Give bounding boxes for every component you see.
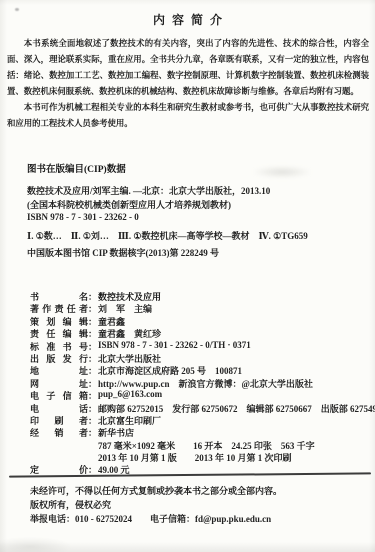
copyright-notice: 未经许可，不得以任何方式复制或抄袭本书之部分或全部内容。 版权所有，侵权必究 举… xyxy=(30,484,360,526)
row-label: 印刷者 xyxy=(30,414,88,427)
intro-title: 内容简介 xyxy=(0,11,375,28)
row-label: 策划编辑 xyxy=(30,315,88,328)
row-label: 电话 xyxy=(30,402,88,415)
row-colon: ： xyxy=(88,352,98,365)
row-value: 北京市海淀区成府路 205 号 100871 xyxy=(98,364,370,377)
cip-record-line: 中国版本图书馆 CIP 数据核字(2013)第 228249 号 xyxy=(27,246,219,259)
row-value: ISBN 978 - 7 - 301 - 23262 - 0/TH · 0371 xyxy=(98,340,370,350)
cip-classification-line: Ⅰ. ①数… Ⅱ. ①刘… Ⅲ. ①数控机床—高等学校—教材 Ⅳ. ①TG659 xyxy=(27,229,308,242)
row-value: 新华书店 xyxy=(98,426,370,439)
row-label: 电子信箱 xyxy=(30,389,88,402)
colophon-row-responsible-editor: 责任编辑：童君鑫 黄红珍 xyxy=(30,327,370,339)
colophon-row-printer: 印刷者：北京富生印刷厂 xyxy=(30,414,370,426)
row-value: 北京大学出版社 xyxy=(98,352,370,365)
row-value: 童君鑫 xyxy=(98,315,370,328)
colophon-row-book-title: 书名：数控技术及应用 xyxy=(30,290,370,302)
colophon-row-author: 著作责任者：刘 军 主编 xyxy=(30,302,370,314)
intro-paragraph-1: 本书系统全面地叙述了数控技术的有关内容，突出了内容的先进性、技术的综合性，内容全… xyxy=(7,36,369,100)
scan-smudge xyxy=(252,166,312,178)
colophon-row-phone: 电话：邮购部 62752015 发行部 62750672 编辑部 6275066… xyxy=(30,402,370,414)
colophon-row-address: 地址：北京市海淀区成府路 205 号 100871 xyxy=(30,364,370,376)
row-colon: ： xyxy=(88,364,98,377)
intro-body: 本书系统全面地叙述了数控技术的有关内容，突出了内容的先进性、技术的综合性，内容全… xyxy=(7,36,369,132)
row-label: 网址 xyxy=(30,377,88,390)
row-colon: ： xyxy=(88,340,98,353)
cip-heading: 图书在版编目(CIP)数据 xyxy=(27,161,126,175)
row-value: 刘 军 主编 xyxy=(98,302,370,315)
row-colon: ： xyxy=(88,389,98,402)
cip-series-line: (全国本科院校机械类创新型应用人才培养规划教材) xyxy=(27,198,231,211)
colophon-row-planning-editor: 策划编辑：童君鑫 xyxy=(30,315,370,327)
row-colon: ： xyxy=(88,327,98,340)
row-colon: ： xyxy=(88,402,98,415)
row-colon: ： xyxy=(88,302,98,315)
copyright-notice-line-2: 版权所有，侵权必究 xyxy=(30,498,360,512)
row-label: 地址 xyxy=(30,364,88,377)
cip-isbn-line: ISBN 978 - 7 - 301 - 23262 - 0 xyxy=(27,212,139,222)
row-colon: ： xyxy=(88,290,98,303)
row-colon: ： xyxy=(88,377,98,390)
cip-title-line: 数控技术及应用/刘军主编. —北京：北京大学出版社，2013.10 xyxy=(27,184,270,197)
book-copyright-page: 内容简介 本书系统全面地叙述了数控技术的有关内容，突出了内容的先进性、技术的综合… xyxy=(0,0,375,552)
report-contact-line: 举报电话：010 - 62752024 电子信箱：fd@pup.pku.edu.… xyxy=(30,512,360,526)
row-label: 著作责任者 xyxy=(30,302,88,315)
row-value: pup_6@163.com xyxy=(98,389,370,399)
row-label: 书名 xyxy=(30,290,88,303)
colophon-row-distributor: 经销者：新华书店 xyxy=(30,426,370,438)
colophon-row-email: 电子信箱：pup_6@163.com xyxy=(30,389,370,401)
colophon-row-isbn: 标准书号：ISBN 978 - 7 - 301 - 23262 - 0/TH ·… xyxy=(30,340,370,352)
intro-paragraph-2: 本书可作为机械工程相关专业的本科生和研究生教材或参考书，也可供广大从事数控技术研… xyxy=(7,100,369,132)
colophon-table: 书名：数控技术及应用 著作责任者：刘 军 主编 策划编辑：童君鑫 责任编辑：童君… xyxy=(30,290,370,476)
row-label: 经销者 xyxy=(30,426,88,439)
print-format-line: 787 毫米×1092 毫米 16 开本 24.25 印张 563 千字 xyxy=(30,439,370,451)
row-value: 童君鑫 黄红珍 xyxy=(98,327,370,340)
row-label: 出版发行 xyxy=(30,352,88,365)
row-value: 北京富生印刷厂 xyxy=(98,414,370,427)
colophon-row-website: 网址：http://www.pup.cn 新浪官方微博：@北京大学出版社 xyxy=(30,377,370,389)
row-label: 责任编辑 xyxy=(30,327,88,340)
row-colon: ： xyxy=(88,414,98,427)
row-label: 标准书号 xyxy=(30,340,88,353)
copyright-notice-line-1: 未经许可，不得以任何方式复制或抄袭本书之部分或全部内容。 xyxy=(30,484,360,498)
row-value: 邮购部 62752015 发行部 62750672 编辑部 62750667 出… xyxy=(98,402,375,415)
colophon-row-publisher: 出版发行：北京大学出版社 xyxy=(30,352,370,364)
row-colon: ： xyxy=(88,315,98,328)
print-edition-line: 2013 年 10 月第 1 版 2013 年 10 月第 1 次印刷 xyxy=(30,451,370,463)
row-value: 数控技术及应用 xyxy=(98,290,370,303)
row-colon: ： xyxy=(88,426,98,439)
row-value: http://www.pup.cn 新浪官方微博：@北京大学出版社 xyxy=(98,377,370,390)
